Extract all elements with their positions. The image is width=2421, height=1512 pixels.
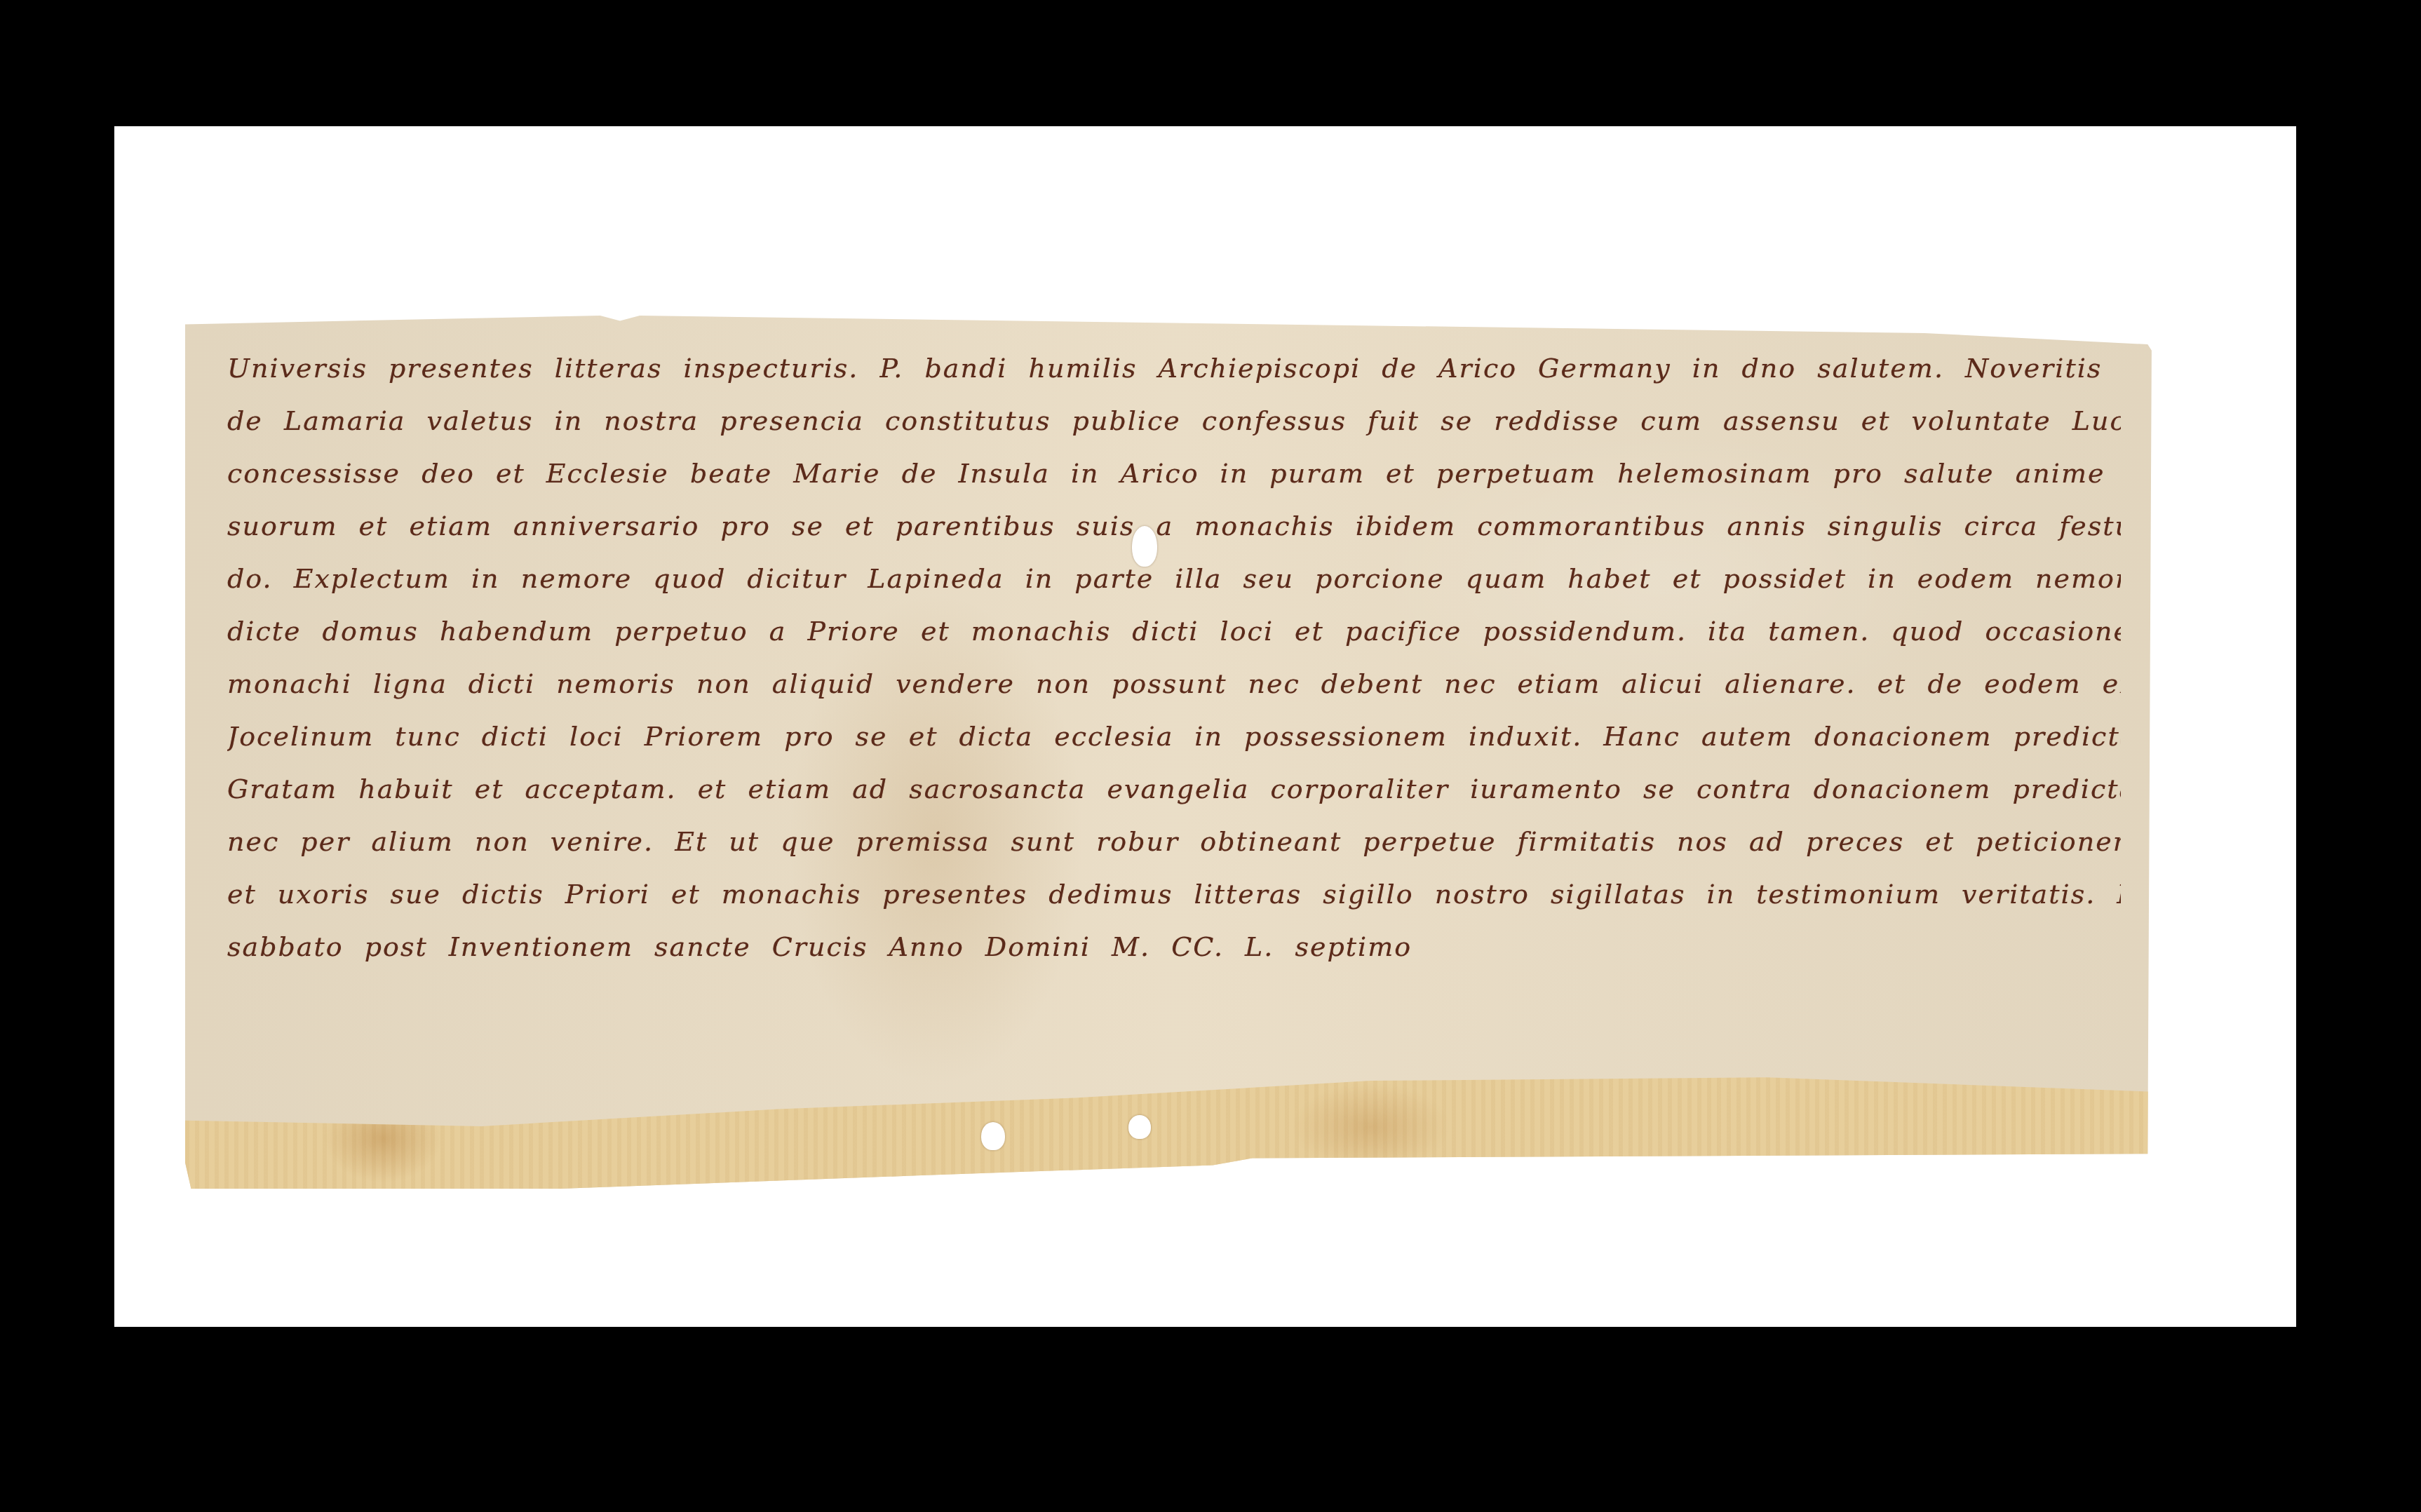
text-line-8: Jocelinum tunc dicti loci Priorem pro se… [227,710,2121,763]
seal-hole-right [1128,1115,1151,1139]
text-line-9: Gratam habuit et acceptam. et etiam ad s… [227,763,2121,816]
text-line-12: sabbato post Inventionem sancte Crucis A… [227,921,2121,973]
photo-frame: Universis presentes litteras inspecturis… [114,126,2296,1327]
text-line-1: Universis presentes litteras inspecturis… [227,342,2121,395]
parchment-hole-top [1132,526,1157,567]
seal-hole-left [981,1122,1005,1150]
text-line-10: nec per alium non venire. Et ut que prem… [227,816,2121,868]
charter-text: Universis presentes litteras inspecturis… [227,342,2121,973]
text-line-3: concessisse deo et Ecclesie beate Marie … [227,447,2121,500]
text-line-7: monachi ligna dicti nemoris non aliquid … [227,658,2121,710]
parchment-charter: Universis presentes litteras inspecturis… [185,316,2162,1189]
text-line-4: suorum et etiam anniversario pro se et p… [227,500,2121,553]
folded-plica [185,1075,2162,1189]
text-line-5: do. Explectum in nemore quod dicitur Lap… [227,553,2121,605]
text-line-2: de Lamaria valetus in nostra presencia c… [227,395,2121,447]
text-line-6: dicte domus habendum perpetuo a Priore e… [227,605,2121,658]
text-line-11: et uxoris sue dictis Priori et monachis … [227,868,2121,921]
